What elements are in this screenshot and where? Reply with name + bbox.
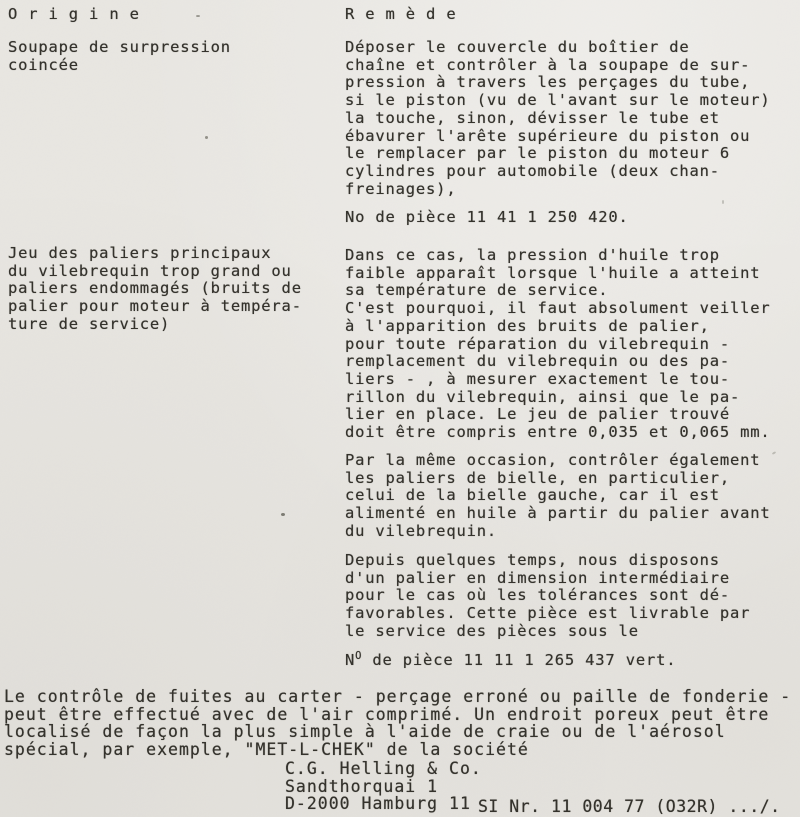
scan-speck — [281, 513, 285, 516]
company-address: C.G. Helling & Co. Sandthorquai 1 D-2000… — [285, 760, 482, 813]
remedy-paragraph-valve: Déposer le couvercle du boîtier de chaîn… — [345, 39, 771, 198]
remedy-paragraph-bearings-3: Depuis quelques temps, nous disposons d'… — [345, 552, 750, 641]
scan-speck — [205, 136, 208, 139]
scanned-document-page: O r i g i n e R e m è d e Soupape de sur… — [0, 0, 800, 817]
service-info-reference: SI Nr. 11 004 77 (O32R) .../. — [478, 798, 781, 816]
part-number-line-bearings: NO de pièce 11 11 1 265 437 vert. — [345, 648, 676, 670]
scan-speck — [196, 15, 200, 17]
scan-speck — [772, 451, 776, 455]
part-number-prefix: N — [345, 651, 355, 669]
column-header-origine: O r i g i n e — [8, 6, 140, 24]
leak-check-note: Le contrôle de fuites au carter - perçag… — [4, 688, 791, 758]
remedy-paragraph-bearings-1: Dans ce cas, la pression d'huile trop fa… — [345, 247, 771, 442]
part-number-line-valve: No de pièce 11 41 1 250 420. — [345, 209, 629, 227]
cause-text-bearings: Jeu des paliers principaux du vilebrequi… — [8, 245, 302, 334]
part-number-rest: de pièce 11 11 1 265 437 vert. — [362, 651, 676, 669]
remedy-paragraph-bearings-2: Par la même occasion, contrôler égalemen… — [345, 452, 771, 541]
scan-speck — [722, 200, 724, 204]
column-header-remede: R e m è d e — [345, 6, 456, 24]
cause-text-valve: Soupape de surpression coincée — [8, 39, 231, 74]
